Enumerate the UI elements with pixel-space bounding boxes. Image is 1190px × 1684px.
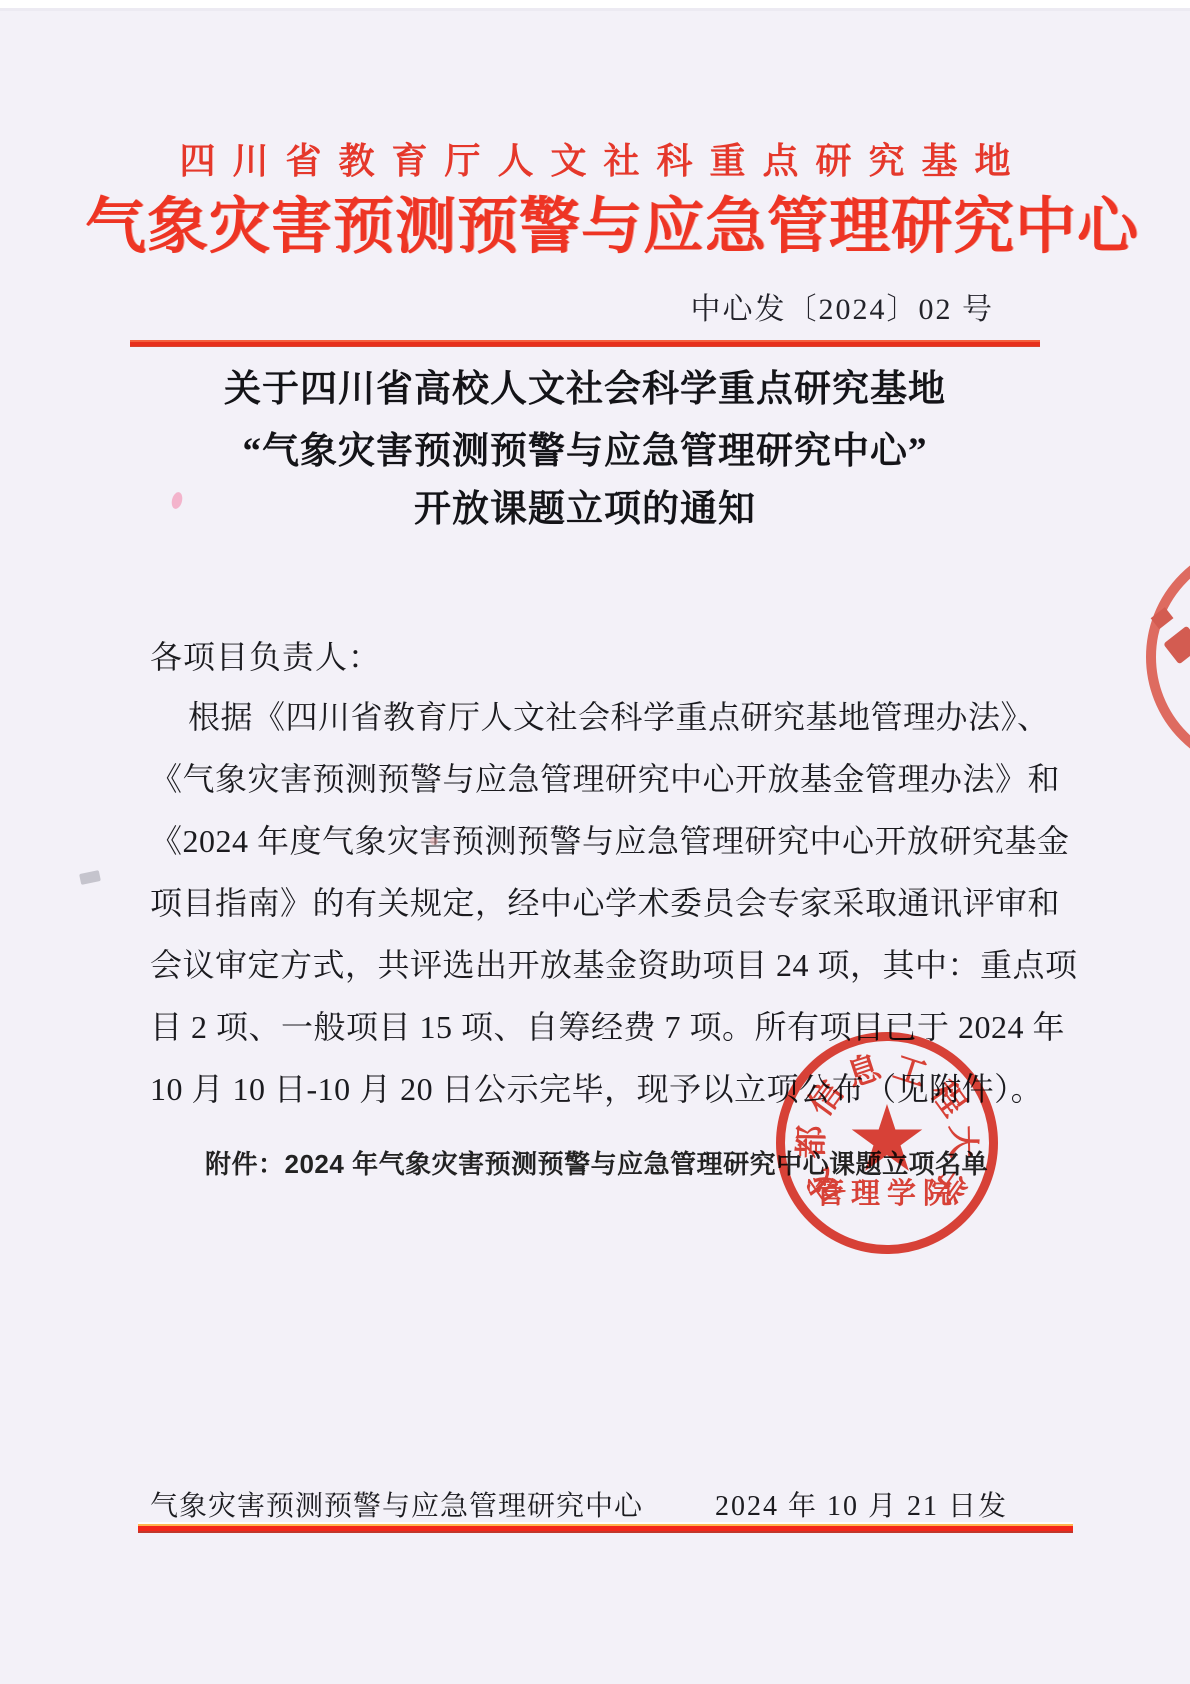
doc-title-line-1: 关于四川省高校人文社会科学重点研究基地 (130, 358, 1040, 412)
footer-date: 2024 年 10 月 21 日发 (715, 1484, 1008, 1524)
scanned-notice-page: 四川省教育厅人文社科重点研究基地 气象灾害预测预警与应急管理研究中心 中心发〔2… (0, 0, 1190, 1684)
seal-arc-char: 大 (941, 1125, 989, 1159)
scan-edge (0, 0, 1190, 14)
doc-title-line-2: “气象灾害预测预警与应急管理研究中心” (130, 420, 1040, 474)
body-line: 《气象灾害预测预警与应急管理研究中心开放基金管理办法》和 (150, 754, 1042, 800)
document-number: 中心发〔2024〕02 号 (691, 284, 995, 328)
seal-department: 管理学院 (815, 1171, 959, 1212)
letterhead-org-name: 气象灾害预测预警与应急管理研究中心 (85, 178, 1105, 265)
salutation: 各项目负责人： (150, 632, 381, 678)
scan-artifact (79, 870, 101, 885)
doc-title-line-3: 开放课题立项的通知 (130, 478, 1040, 532)
letterhead-kicker: 四川省教育厅人文社科重点研究基地 (95, 133, 1095, 184)
red-header-rule (130, 340, 1040, 347)
footer-issuer: 气象灾害预测预警与应急管理研究中心 (150, 1484, 643, 1524)
official-seal: 成 都 信 息 工 程 大 学 ★ 管理学院 (776, 1032, 998, 1254)
red-footer-rule (138, 1522, 1073, 1534)
body-line: 会议审定方式，共评选出开放基金资助项目 24 项，其中：重点项 (150, 940, 1042, 986)
body-line: 《2024 年度气象灾害预测预警与应急管理研究中心开放研究基金 (150, 816, 1042, 862)
body-line: 项目指南》的有关规定，经中心学术委员会专家采取通讯评审和 (150, 878, 1042, 924)
scan-artifact (430, 837, 438, 845)
seal-arc-char: 都 (785, 1125, 833, 1159)
partial-seal (1146, 540, 1190, 774)
body-line: 根据《四川省教育厅人文社会科学重点研究基地管理办法》、 (150, 692, 1042, 738)
